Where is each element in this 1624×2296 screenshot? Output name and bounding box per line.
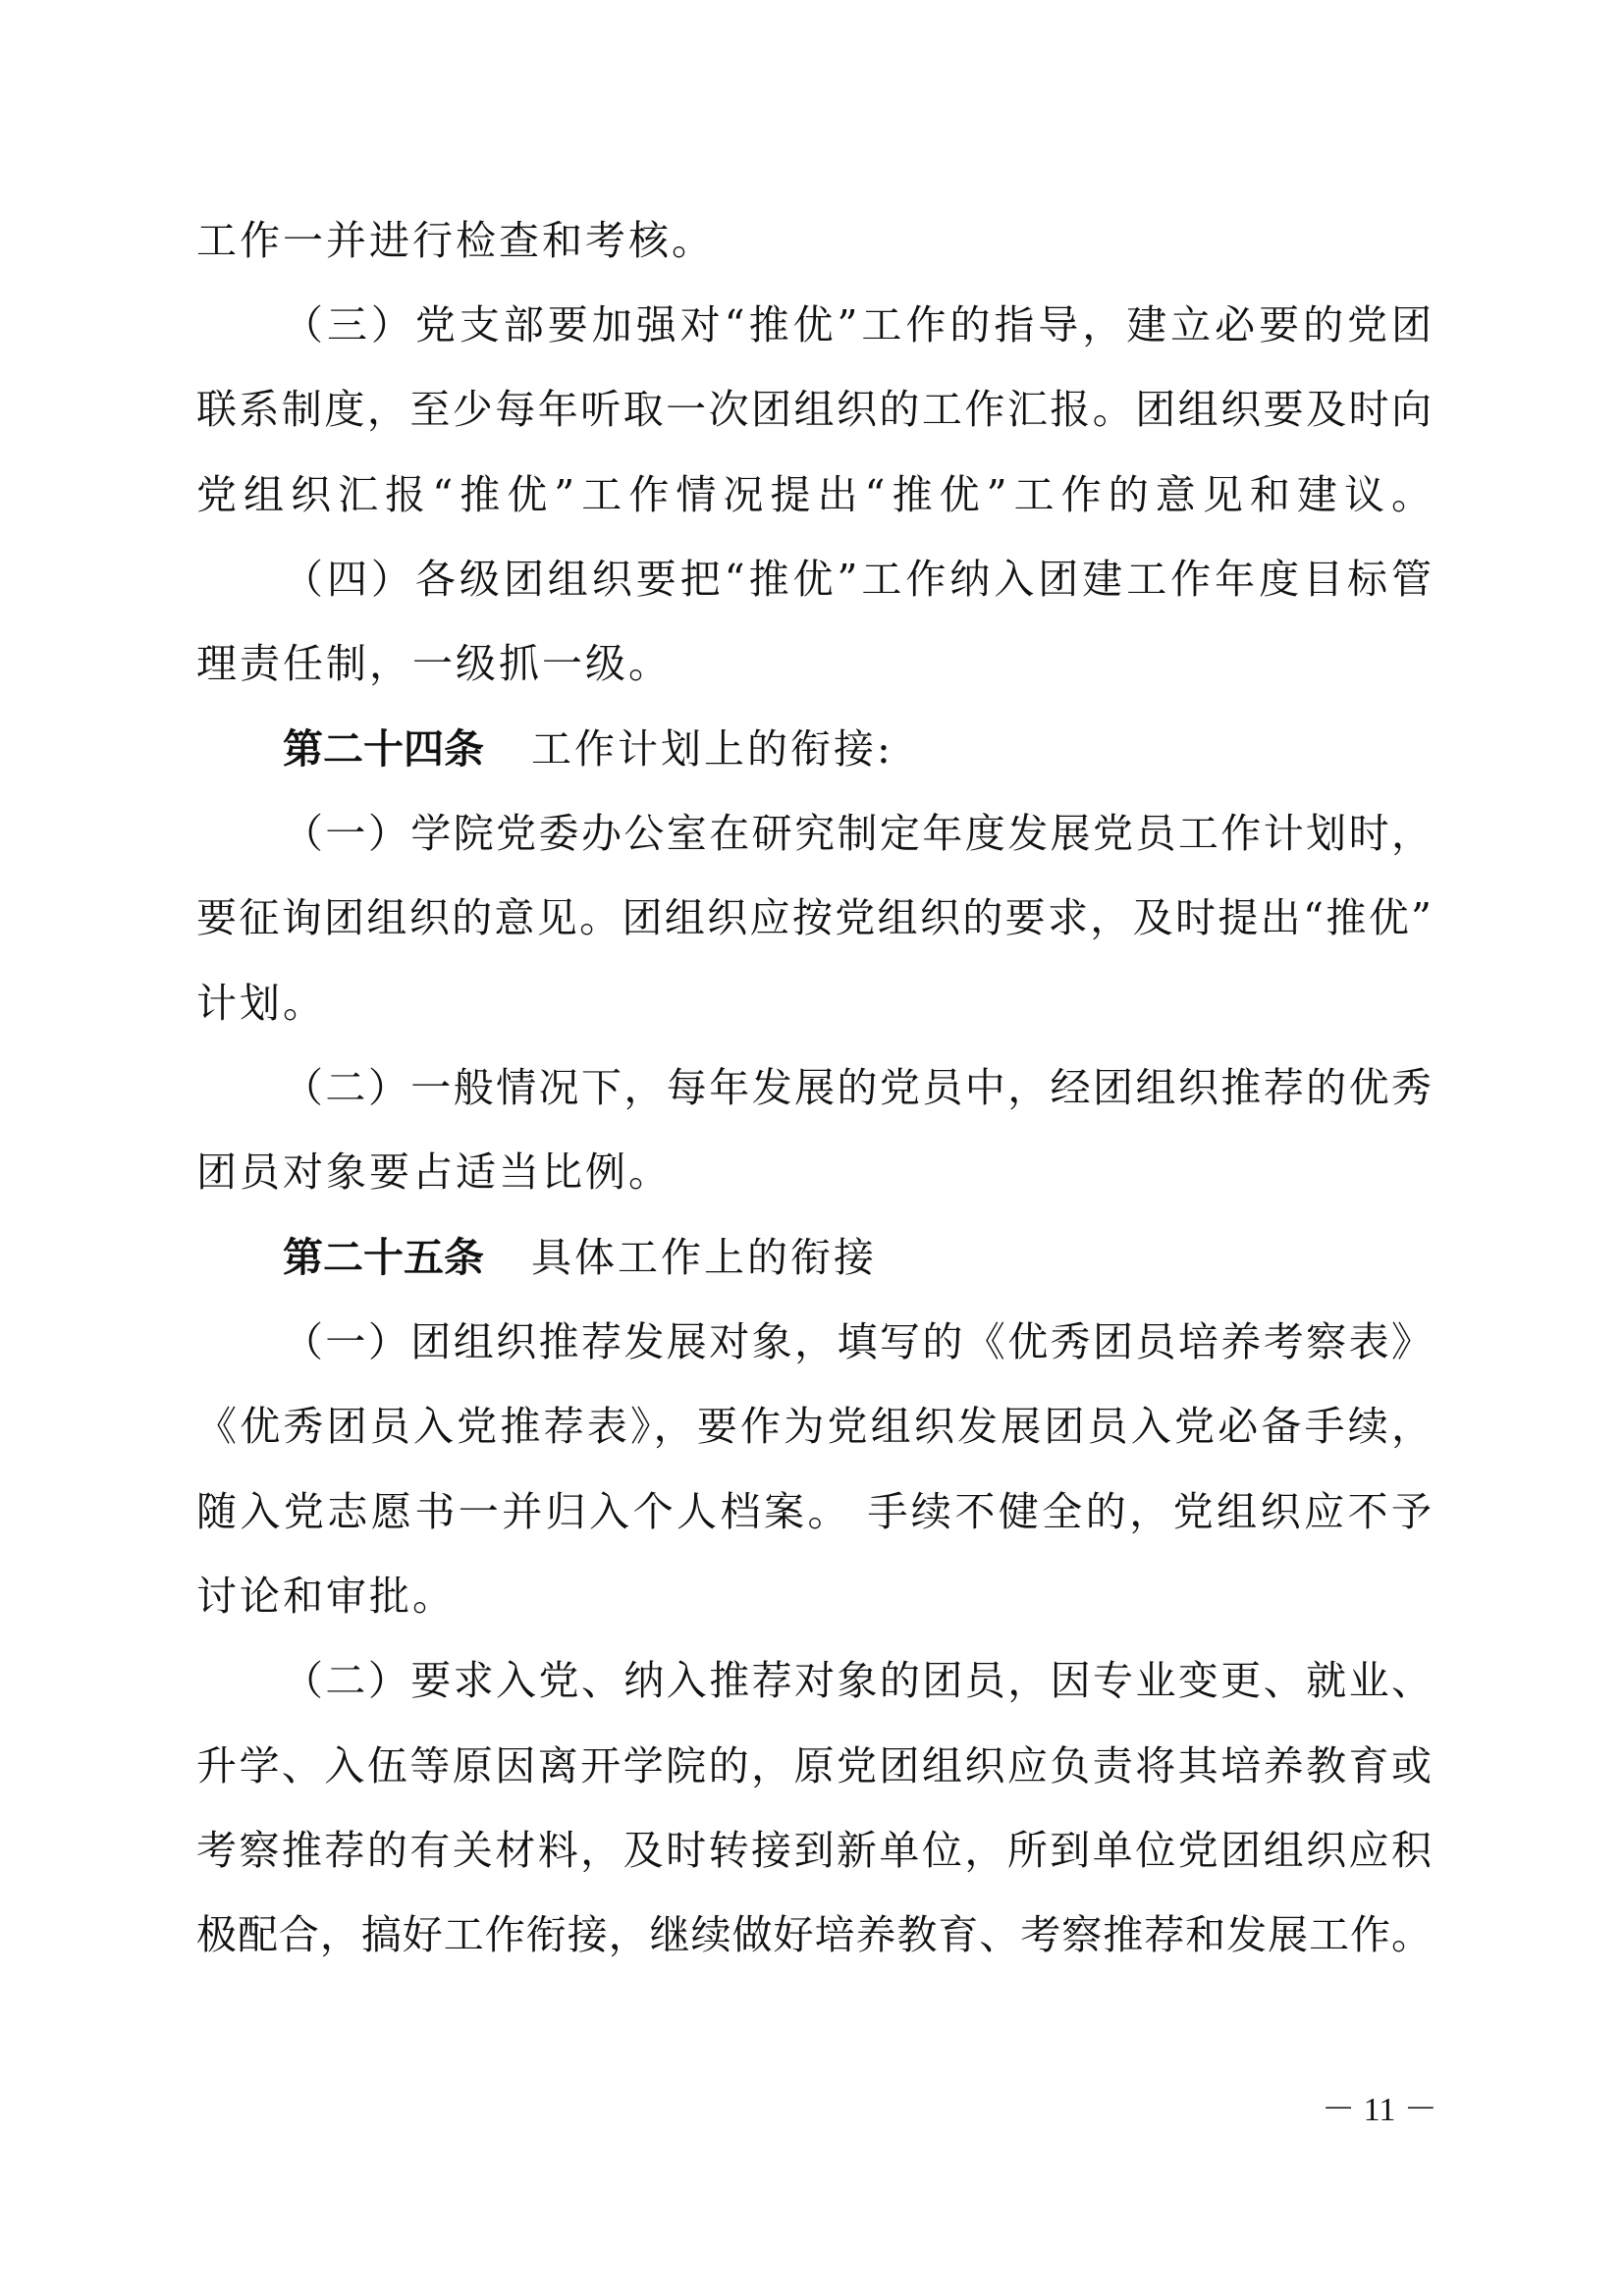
paragraph-line: （四）各级团组织要把“推优”工作纳入团建工作年度目标管 [283, 550, 1432, 609]
article-heading-24: 第二十四条工作计划上的衔接: [283, 720, 1432, 778]
paragraph-line: 《优秀团员入党推荐表》，要作为党组织发展团员入党必备手续， [196, 1397, 1432, 1456]
paragraph-line: 随入党志愿书一并归入个人档案。 手续不健全的，党组织应不予 [196, 1482, 1432, 1541]
article-number: 第二十四条 [283, 725, 484, 773]
article-title: 具体工作上的衔接 [531, 1234, 877, 1281]
paragraph-line: 党组织汇报“推优”工作情况提出“推优”工作的意见和建议。 [196, 465, 1432, 524]
paragraph-line: 理责任制，一级抓一级。 [196, 634, 1432, 693]
paragraph-line: 要征询团组织的意见。团组织应按党组织的要求，及时提出“推优” [196, 888, 1432, 947]
paragraph-line: （二）一般情况下，每年发展的党员中，经团组织推荐的优秀 [283, 1058, 1432, 1117]
paragraph-line: 工作一并进行检查和考核。 [196, 211, 1432, 270]
paragraph-line: 联系制度，至少每年听取一次团组织的工作汇报。团组织要及时向 [196, 380, 1432, 439]
article-number: 第二十五条 [283, 1234, 484, 1281]
paragraph-line: （一）团组织推荐发展对象，填写的《优秀团员培养考察表》 [283, 1312, 1432, 1371]
page-number: － 11 － [1316, 2089, 1443, 2132]
paragraph-line: （一）学院党委办公室在研究制定年度发展党员工作计划时， [283, 804, 1432, 863]
paragraph-line: 计划。 [196, 974, 1432, 1033]
article-heading-25: 第二十五条具体工作上的衔接 [283, 1228, 1432, 1287]
document-page: 工作一并进行检查和考核。 （三）党支部要加强对“推优”工作的指导，建立必要的党团… [0, 0, 1624, 2296]
paragraph-line: 团员对象要占适当比例。 [196, 1143, 1432, 1201]
paragraph-line: 升学、入伍等原因离开学院的，原党团组织应负责将其培养教育或 [196, 1736, 1432, 1795]
paragraph-line: 考察推荐的有关材料，及时转接到新单位，所到单位党团组织应积 [196, 1821, 1432, 1880]
paragraph-line: 讨论和审批。 [196, 1567, 1432, 1626]
article-title: 工作计划上的衔接: [531, 725, 893, 773]
paragraph-line: 极配合，搞好工作衔接，继续做好培养教育、考察推荐和发展工作。 [196, 1905, 1432, 1964]
paragraph-line: （三）党支部要加强对“推优”工作的指导，建立必要的党团 [283, 295, 1432, 354]
paragraph-line: （二）要求入党、纳入推荐对象的团员，因专业变更、就业、 [283, 1651, 1432, 1710]
